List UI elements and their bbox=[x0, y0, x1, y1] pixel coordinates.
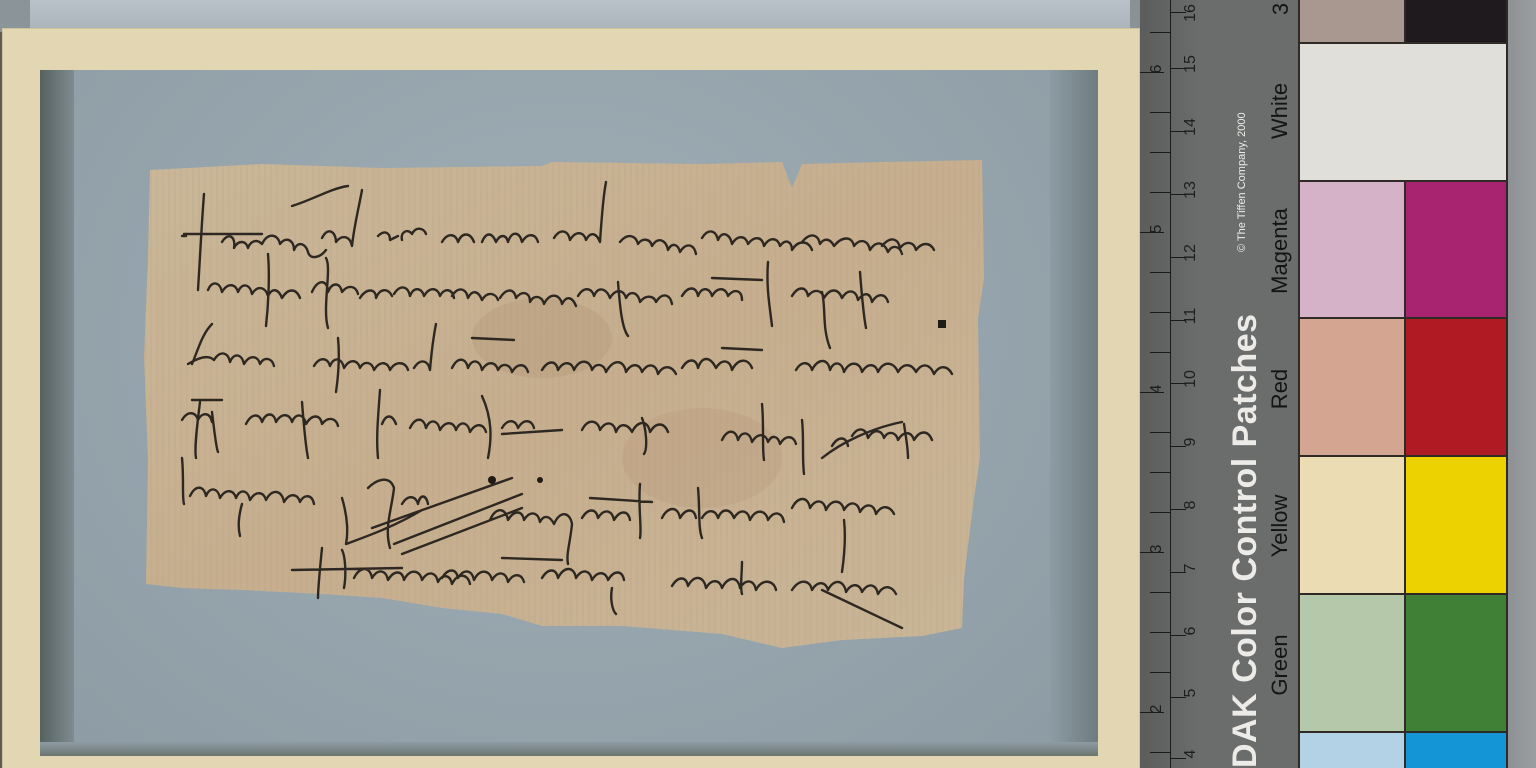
patch-cyan bbox=[1406, 733, 1506, 768]
color-label-magenta: Magenta bbox=[1267, 201, 1293, 301]
patch-green-light bbox=[1300, 595, 1404, 731]
patch-black bbox=[1406, 0, 1506, 42]
ruler-inch-label: 5 bbox=[1148, 214, 1166, 244]
ruler-cm-label: 11 bbox=[1182, 301, 1200, 331]
frame-shadow-right bbox=[1050, 70, 1098, 756]
ruler-centerline bbox=[1170, 0, 1171, 768]
ruler-tick-minor bbox=[1150, 32, 1170, 33]
ruler-tick-minor bbox=[1150, 592, 1170, 593]
ruler-tick-minor bbox=[1150, 272, 1170, 273]
ruler-cm-label: 9 bbox=[1182, 427, 1200, 457]
ruler-tick-minor bbox=[1150, 352, 1170, 353]
color-label-red: Red bbox=[1267, 349, 1293, 429]
ruler-cm-label: 7 bbox=[1182, 553, 1200, 583]
color-label-yellow: Yellow bbox=[1267, 486, 1293, 566]
patch-magenta-light bbox=[1300, 182, 1404, 317]
patch-yellow bbox=[1406, 457, 1506, 593]
patch-grey-light bbox=[1300, 0, 1404, 42]
ruler-inch-label: 4 bbox=[1148, 374, 1166, 404]
ruler-cm-label: 5 bbox=[1182, 678, 1200, 708]
ruler-inch-label: 6 bbox=[1148, 54, 1166, 84]
target-title: DAK Color Control Patches bbox=[1226, 313, 1265, 768]
ruler-tick-minor bbox=[1150, 512, 1170, 513]
ruler-tick-minor bbox=[1150, 752, 1170, 753]
patch-green bbox=[1406, 595, 1506, 731]
ruler-tick-minor bbox=[1150, 152, 1170, 153]
ruler-inch-label: 3 bbox=[1148, 534, 1166, 564]
frame-shadow-bottom bbox=[40, 742, 1098, 756]
patch-magenta bbox=[1406, 182, 1506, 317]
ruler-tick-minor bbox=[1150, 472, 1170, 473]
ruler-cm-label: 14 bbox=[1182, 112, 1200, 142]
patch-red-light bbox=[1300, 319, 1404, 455]
papyrus-svg bbox=[142, 158, 986, 650]
ruler-inch-label: 2 bbox=[1148, 694, 1166, 724]
color-label-grey-step: 3 bbox=[1268, 0, 1294, 24]
patch-white bbox=[1300, 44, 1506, 180]
frame-shadow-left bbox=[40, 70, 74, 756]
ruler-tick-minor bbox=[1150, 672, 1170, 673]
ruler-cm-label: 6 bbox=[1182, 616, 1200, 646]
ruler-cm-label: 13 bbox=[1182, 175, 1200, 205]
patch-red bbox=[1406, 319, 1506, 455]
color-patches bbox=[1298, 0, 1508, 768]
ruler-cm-label: 10 bbox=[1182, 364, 1200, 394]
patch-yellow-light bbox=[1300, 457, 1404, 593]
ruler-tick-minor bbox=[1150, 312, 1170, 313]
ruler-tick-minor bbox=[1150, 112, 1170, 113]
ruler-cm-label: 16 bbox=[1182, 0, 1200, 28]
ruler-cm-label: 12 bbox=[1182, 238, 1200, 268]
ruler-tick-minor bbox=[1150, 192, 1170, 193]
target-copyright: © The Tiffen Company, 2000 bbox=[1236, 112, 1248, 252]
papyrus-fragment bbox=[142, 158, 986, 650]
ruler-cm-label: 8 bbox=[1182, 490, 1200, 520]
ruler-scale: 2 3 4 5 6 4 5 6 7 8 9 10 11 12 13 14 15 … bbox=[1140, 0, 1200, 768]
color-label-white: White bbox=[1267, 71, 1293, 151]
right-background bbox=[1508, 0, 1536, 768]
color-label-green: Green bbox=[1267, 625, 1293, 705]
ruler-tick-minor bbox=[1150, 432, 1170, 433]
ruler-cm-label: 4 bbox=[1182, 739, 1200, 768]
patch-cyan-light bbox=[1300, 733, 1404, 768]
ruler-tick-minor bbox=[1150, 632, 1170, 633]
ruler-cm-label: 15 bbox=[1182, 49, 1200, 79]
